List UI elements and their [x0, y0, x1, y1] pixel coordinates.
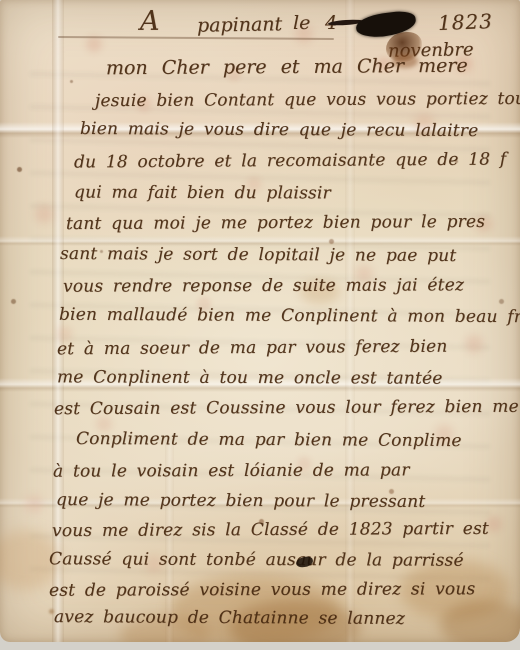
letter-line: bien mallaudé bien me Conplinent à mon b… — [59, 305, 520, 328]
letter-line: tant qua moi je me portez bien pour le p… — [66, 212, 485, 234]
show-through-writing — [30, 70, 490, 590]
letter-line: vous rendre reponse de suite mais jai ét… — [63, 275, 464, 296]
heading-le: le — [293, 12, 310, 34]
letter-line: et à ma soeur de ma par vous ferez bien — [57, 337, 448, 360]
letter-line: me Conplinent à tou me oncle est tantée — [57, 367, 443, 388]
letter-paper: A papinant le 4 1823 novenbre mon Cher p… — [0, 0, 520, 642]
heading-prefix: A — [140, 6, 160, 37]
salutation-line: mon Cher pere et ma Cher mere — [106, 55, 468, 80]
letter-line: avez baucoup de Chatainne se lannez — [54, 607, 405, 629]
letter-line: bien mais je vous dire que je recu lalai… — [80, 119, 479, 141]
letter-line: jesuie bien Contant que vous vous portie… — [95, 89, 520, 111]
letter-line: est de paroissé voisine vous me direz si… — [49, 579, 475, 600]
letter-line: du 18 octobre et la recomaisante que de … — [74, 149, 506, 172]
letter-line: est Cousain est Coussine vous lour ferez… — [54, 397, 519, 419]
heading-year: 1823 — [438, 9, 494, 35]
letter-line: qui ma fait bien du plaissir — [74, 183, 331, 204]
letter-line: à tou le voisain est lóianie de ma par — [53, 460, 410, 481]
letter-line: sant mais je sort de lopitail je ne pae … — [60, 244, 457, 266]
letter-scan: A papinant le 4 1823 novenbre mon Cher p… — [0, 0, 520, 650]
heading-underline — [58, 36, 334, 40]
heading-place: papinant — [197, 13, 283, 36]
letter-line: Conpliment de ma par bien me Conplime — [76, 429, 462, 451]
letter-line: Caussé qui sont tonbé ausaur de la parri… — [49, 549, 464, 570]
letter-line: vous me direz sis la Classé de 1823 part… — [52, 519, 489, 541]
letter-line: que je me portez bien pour le pressant — [56, 490, 425, 512]
ink-specks — [0, 0, 3, 3]
